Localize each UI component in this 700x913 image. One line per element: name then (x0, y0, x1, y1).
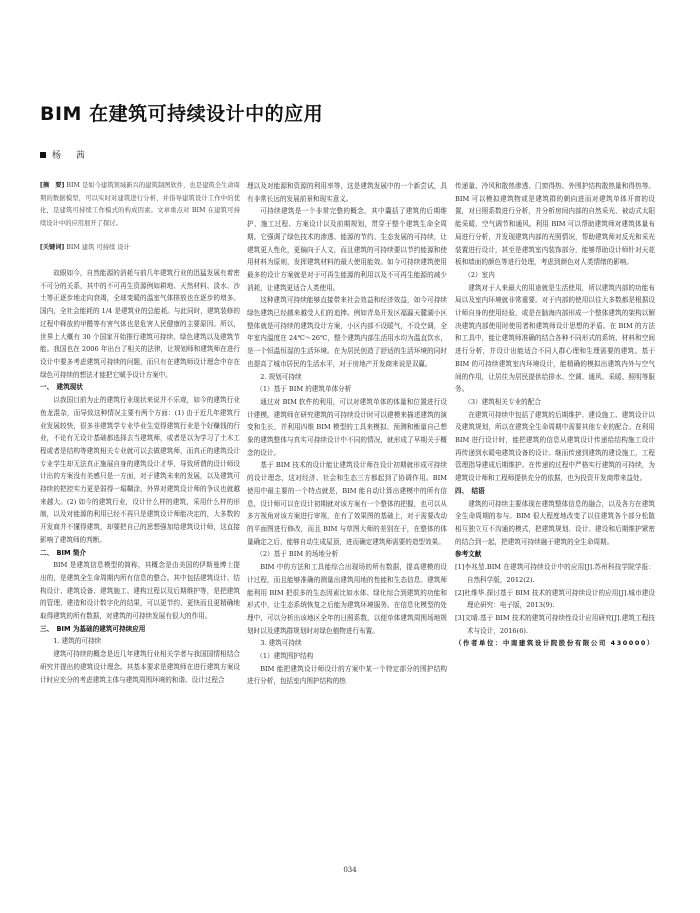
paragraph: 基于 BIM 技术的设计能让建筑设计师在设计初期就形成可持续的设计理念，这对经济… (247, 459, 447, 548)
intro-paragraph: 故眼如今，自然能源的消耗与前几年建筑行业的迅猛发展有着密不可分的关系，其中的不可… (40, 267, 240, 381)
abstract-label: [摘 要] (40, 182, 64, 189)
section-3-paragraph: 建筑可持续的概念是近几年建筑行业相关学者与我国国情相结合研究并提出的建筑设计理念… (40, 648, 240, 686)
reference-item: [2]杜维华.探讨基于 BIM 技术的建筑可持续设计的应用[J].城市建设理论研… (455, 587, 655, 612)
conclusion-paragraph: 建筑的可持续主要体现在建筑整体信息的融合，以及各方在建筑全生命周期的参与。BIM… (455, 498, 655, 549)
section-heading-1: 一、 建筑现状 (40, 381, 240, 394)
continued-paragraph: 理以及对能源和资源的利用率等，这是建筑发展中的一个新尝试，具有非常长远的发展前景… (247, 180, 447, 205)
section-heading-3: 三、 BIM 为基础的建筑可持续应用 (40, 623, 240, 636)
author-affiliation: （作者单位：中南建筑设计院股份有限公司 430000） (455, 637, 655, 650)
section-2-paragraph: BIM 是建筑信息模型的简称，其概念是由美国的伊斯曼博士提出的，是建筑全生命周期… (40, 559, 240, 623)
reference-item: [3]文晴.基于 BIM 技术的建筑可持续性设计应用研究[J].建筑工程技术与设… (455, 612, 655, 637)
abstract-text: BIM 是如今建筑领域新兴的建筑制图软件，也是建筑全生命周期的数据模型，可以实时… (40, 182, 240, 227)
keywords-label: [关键词] (40, 244, 64, 251)
paragraph: 通过对 BIM 软件的利用，可以对建筑单体的体量和位置进行设计建模。建筑师在研究… (247, 396, 447, 460)
paragraph: 在建筑可持续中包括了建筑的后期维护、建设施工、建筑设计以及建筑规划，所以在建筑全… (455, 409, 655, 485)
paragraph: BIM 能把建筑设计师设计的方案中某一个特定部分的围护结构进行分析，包括室内围护… (247, 663, 447, 688)
references-heading: 参考文献 (455, 548, 655, 561)
author-name: 杨 茜 (52, 148, 91, 161)
section-heading-2: 二、 BIM 简介 (40, 547, 240, 560)
subsection-heading: （2）基于 BIM 的场地分析 (247, 548, 447, 561)
subsection-heading: （1）基于 BIM 的建筑单体分析 (247, 383, 447, 396)
keywords-text: BIM 建筑 可持续 设计 (66, 244, 130, 251)
page-number: 034 (0, 866, 700, 874)
subsection-heading: （3）建筑相关专业的配合 (455, 396, 655, 409)
column-3: 传递量、冷风和散热渗透、门窗得热、外围护结构散热量和得热等。BIM 可以模拟建筑… (455, 180, 655, 650)
keywords: [关键词] BIM 建筑 可持续 设计 (40, 242, 240, 255)
subsection-heading: 3. 建筑可持续 (247, 637, 447, 650)
paragraph: 这种建筑可持续能够直接带来社会效益和经济效益，如今可持续绿色建筑已经越来越受人们… (247, 294, 447, 370)
subsection-heading: （1）建筑围护结构 (247, 650, 447, 663)
reference-item: [1]李兆堃.BIM 在建筑可持续设计中的应用[J].苏州科技学院学报：自然科学… (455, 561, 655, 586)
author-line: 杨 茜 (40, 148, 91, 161)
square-bullet-icon (40, 152, 46, 158)
column-2: 理以及对能源和资源的利用率等，这是建筑发展中的一个新尝试，具有非常长远的发展前景… (247, 180, 447, 688)
subsection-heading: 1. 建筑的可持续 (40, 635, 240, 648)
paragraph: 可持续建筑是一个非常完整的概念，其中囊括了建筑的后期维护、施工过程、方案设计以及… (247, 205, 447, 294)
column-1: [摘 要] BIM 是如今建筑领域新兴的建筑制图软件，也是建筑全生命周期的数据模… (40, 180, 240, 686)
paragraph: BIM 中的方法和工具能综合出现场的所有数据，提高建模的设计过程，而且能够准确的… (247, 561, 447, 637)
paragraph: 建筑对于人来最大的用途就是生活使用，所以建筑内部的功能布局以及室内环境就非常重要… (455, 282, 655, 396)
abstract: [摘 要] BIM 是如今建筑领域新兴的建筑制图软件，也是建筑全生命周期的数据模… (40, 180, 240, 230)
section-heading-4: 四、 结语 (455, 485, 655, 498)
subsection-heading: 2. 规划可持续 (247, 371, 447, 384)
continued-paragraph: 传递量、冷风和散热渗透、门窗得热、外围护结构散热量和得热等。BIM 可以模拟建筑… (455, 180, 655, 269)
section-1-paragraph: 以我国目前为止的建筑行业现状来说并不乐观，如今的建筑行业鱼龙混杂，而导致这种情况… (40, 394, 240, 546)
subsection-heading: （2）室内 (455, 269, 655, 282)
article-title: BIM 在建筑可持续设计中的应用 (40, 99, 323, 126)
